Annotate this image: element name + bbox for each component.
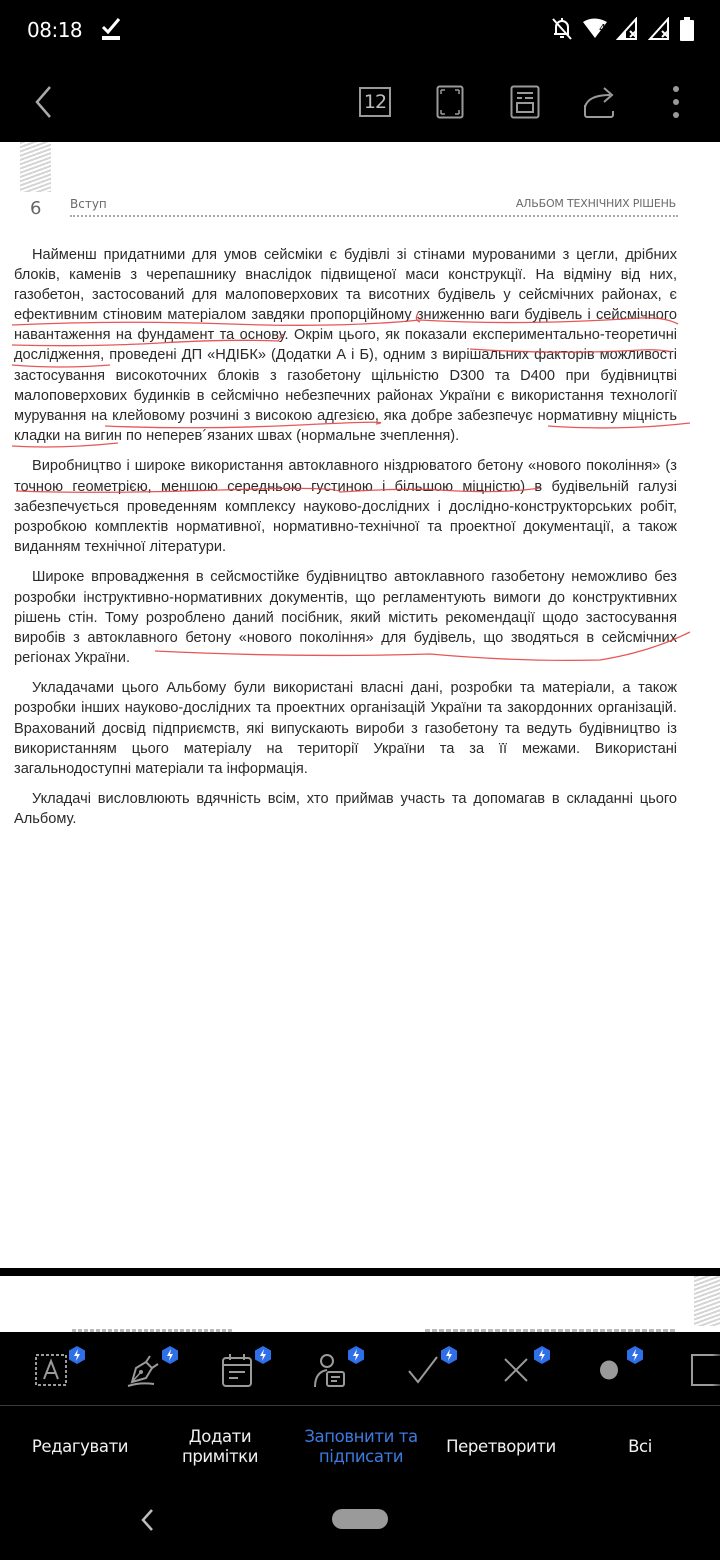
fill-sign-tool-strip [0,1332,720,1406]
share-button[interactable] [578,80,622,124]
checkmark-icon [407,1355,439,1385]
premium-badge-icon [69,1346,85,1364]
cross-tool[interactable] [492,1346,540,1394]
notifications-off-icon [550,16,574,42]
system-nav-bar [0,1487,720,1560]
premium-badge-icon [534,1346,550,1364]
wifi-icon: 4 [582,18,608,40]
text-field-tool[interactable] [27,1346,75,1394]
initials-tool[interactable] [306,1346,354,1394]
tab-fill-and-sign[interactable]: Заповнити та підписати [290,1407,432,1487]
initials-icon [313,1352,347,1388]
page-corner-hatch [694,1276,720,1326]
tab-convert[interactable]: Перетворити [432,1407,570,1487]
date-tool[interactable] [213,1346,261,1394]
paragraph: Найменш придатними для умов сейсміки є б… [14,245,677,446]
paragraph: Виробництво і широке використання автокл… [14,456,677,556]
document-body: Найменш придатними для умов сейсміки є б… [14,245,677,840]
running-head-rule [70,215,678,217]
paragraph: Укладачі висловлюють вдячність всім, хто… [14,789,677,829]
back-button[interactable] [22,80,66,124]
paragraph: Укладачами цього Альбому були використан… [14,678,677,778]
app-toolbar: 12 [0,62,720,142]
premium-badge-icon [348,1346,364,1364]
status-bar: 08:18 4 [0,0,720,62]
checkmark-tool[interactable] [399,1346,447,1394]
wifi-badge: 4 [599,22,606,35]
page-number: 6 [30,198,41,219]
running-head-right: АЛЬБОМ ТЕХНІЧНИХ РІШЕНЬ [516,197,676,210]
premium-badge-icon [441,1346,457,1364]
nav-back-icon[interactable] [134,1505,160,1535]
page-separator [0,1268,720,1276]
nav-home-pill[interactable] [332,1509,388,1529]
paragraph: Широке впровадження в сейсмостійке будів… [14,567,677,667]
reading-mode-button[interactable] [503,80,547,124]
rectangle-tool[interactable] [680,1346,720,1394]
signature-pen-icon [126,1352,162,1388]
date-icon [221,1352,253,1388]
premium-badge-icon [162,1346,178,1364]
document-page[interactable]: 6 Вступ АЛЬБОМ ТЕХНІЧНИХ РІШЕНЬ Найменш … [0,142,720,1268]
tab-all[interactable]: Всі [570,1407,710,1487]
running-head-left: Вступ [70,197,107,211]
status-time: 08:18 [27,18,82,42]
signal-no-service-icon [648,17,672,41]
chevron-left-icon [32,84,56,120]
tab-add-comments[interactable]: Додати примітки [150,1407,290,1487]
download-done-icon [100,16,122,42]
fit-page-icon [436,85,464,119]
more-options-button[interactable] [654,80,698,124]
status-icons: 4 [550,16,694,42]
premium-badge-icon [627,1346,643,1364]
dot-tool[interactable] [585,1346,633,1394]
rectangle-icon [684,1353,720,1387]
next-page-preview[interactable] [0,1276,720,1332]
page-count: 12 [359,87,391,117]
fit-page-button[interactable] [428,80,472,124]
reading-mode-icon [510,85,540,119]
cross-icon [502,1356,530,1384]
signature-tool[interactable] [120,1346,168,1394]
bottom-tab-bar: Редагувати Додати примітки Заповнити та … [0,1407,720,1487]
premium-badge-icon [255,1346,271,1364]
text-field-icon [34,1353,68,1387]
more-vert-icon [671,85,681,119]
tab-edit[interactable]: Редагувати [10,1407,150,1487]
signal-no-service-icon [616,17,640,41]
dot-icon [599,1360,619,1380]
share-icon [582,85,618,119]
page-corner-hatch [20,142,51,192]
page-count-button[interactable]: 12 [353,80,397,124]
battery-full-icon [680,17,694,41]
